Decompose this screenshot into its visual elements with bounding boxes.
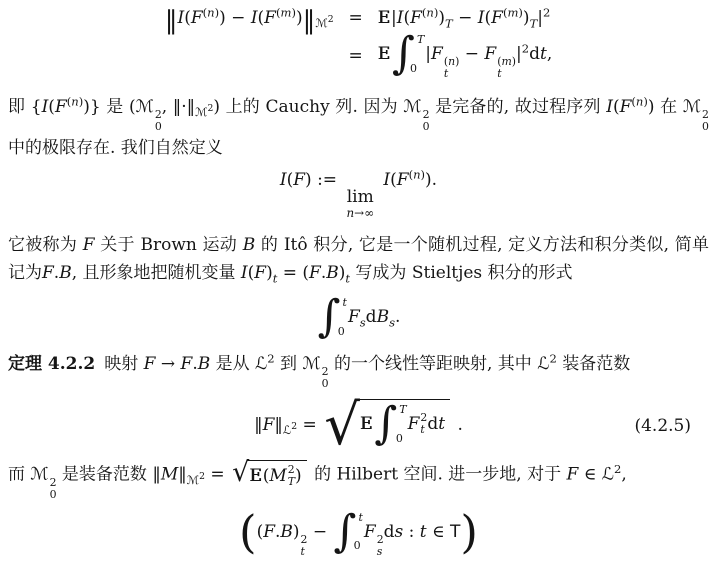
paragraph-cauchy-sequence: 即 {I(F(n))} 是 (ℳ20, ‖·‖ℳ2) 上的 Cauchy 列. … bbox=[8, 93, 709, 162]
display-equation-ito-isometry: ‖I(F(n)) − I(F(m))‖ℳ2 = E|I(F(n))T − I(F… bbox=[8, 8, 709, 81]
paragraph-ito-integral-naming: 它被称为 F 关于 Brown 运动 B 的 Itô 积分, 它是一个随机过程,… bbox=[8, 231, 709, 287]
theorem-body: 映射 F → F.B 是从 ℒ2 到 ℳ20 的一个线性等距映射, 其中 ℒ2 … bbox=[104, 354, 630, 374]
equals-sign: = bbox=[334, 46, 378, 66]
paragraph-hilbert-space: 而 ℳ20 是装备范数 ‖M‖ℳ2 = √E(M2T) 的 Hilbert 空间… bbox=[8, 460, 709, 501]
eq-rhs-integral: E∫T0|F(n)t − F(m)t|2dt, bbox=[378, 32, 553, 81]
equation-l2-norm: ‖F‖ℒ2 = √E∫T0F2tdt . bbox=[254, 415, 463, 435]
display-equation-limit-definition: I(F) := limn→∞ I(F(n)). bbox=[8, 170, 709, 221]
display-equation-stieltjes-form: ∫t0FsdBs. bbox=[8, 295, 709, 340]
equation-number: (4.2.5) bbox=[634, 416, 691, 436]
equals-sign: = bbox=[334, 8, 378, 28]
display-equation-4-2-5: ‖F‖ℒ2 = √E∫T0F2tdt . (4.2.5) bbox=[8, 399, 709, 452]
display-equation-martingale-property: ((F.B)2t − ∫t0F2sds : t ∈ T) bbox=[8, 510, 709, 559]
theorem-4-2-2: 定理 4.2.2映射 F → F.B 是从 ℒ2 到 ℳ20 的一个线性等距映射… bbox=[8, 350, 709, 391]
eq-lhs-norm: ‖I(F(n)) − I(F(m))‖ℳ2 bbox=[165, 8, 334, 28]
eq-rhs-expectation: E|I(F(n))T − I(F(m))T|2 bbox=[378, 8, 551, 28]
textbook-page: ‖I(F(n)) − I(F(m))‖ℳ2 = E|I(F(n))T − I(F… bbox=[0, 0, 721, 559]
theorem-label: 定理 4.2.2 bbox=[8, 354, 95, 374]
